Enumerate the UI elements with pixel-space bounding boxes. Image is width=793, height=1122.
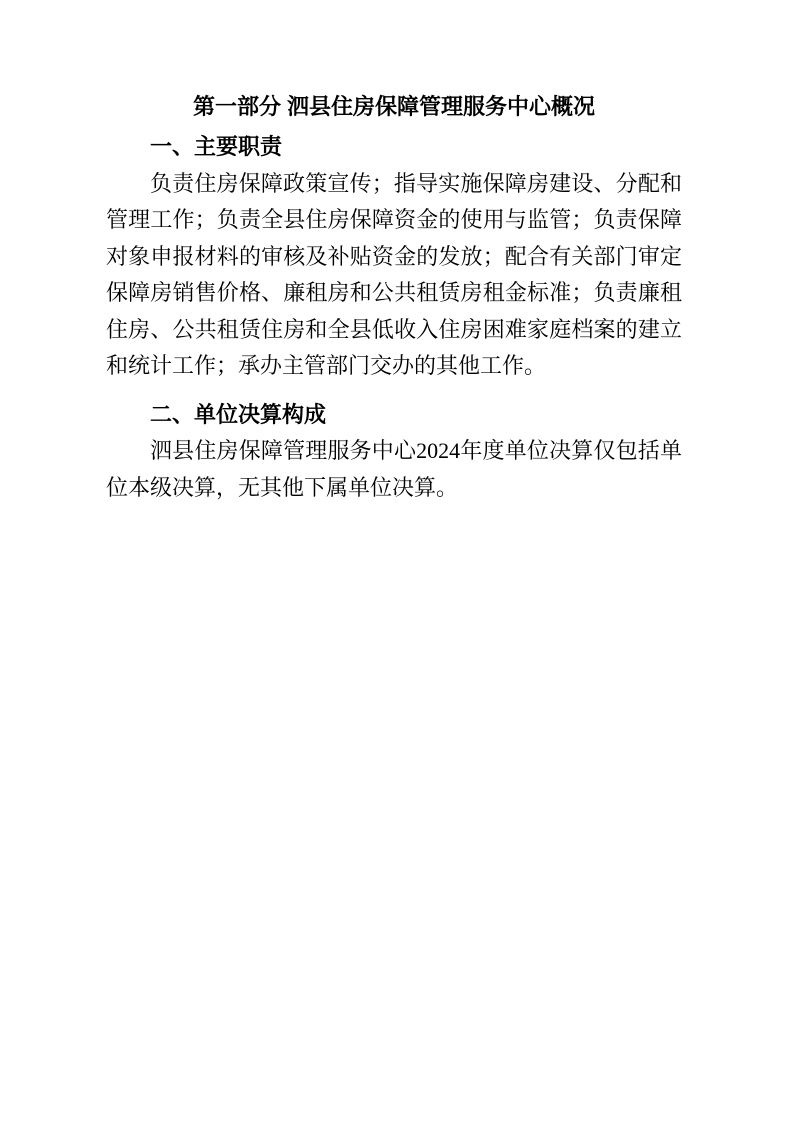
paragraph-main-duties: 负责住房保障政策宣传；指导实施保障房建设、分配和管理工作；负责全县住房保障资金的…: [106, 166, 682, 385]
paragraph-budget-composition: 泗县住房保障管理服务中心2024年度单位决算仅包括单位本级决算，无其他下属单位决…: [106, 433, 682, 506]
section-heading-budget-composition: 二、单位决算构成: [106, 397, 682, 434]
document-page: 第一部分 泗县住房保障管理服务中心概况 一、主要职责 负责住房保障政策宣传；指导…: [0, 0, 793, 1122]
section-heading-main-duties: 一、主要职责: [106, 129, 682, 166]
document-title: 第一部分 泗县住房保障管理服务中心概况: [106, 88, 682, 125]
